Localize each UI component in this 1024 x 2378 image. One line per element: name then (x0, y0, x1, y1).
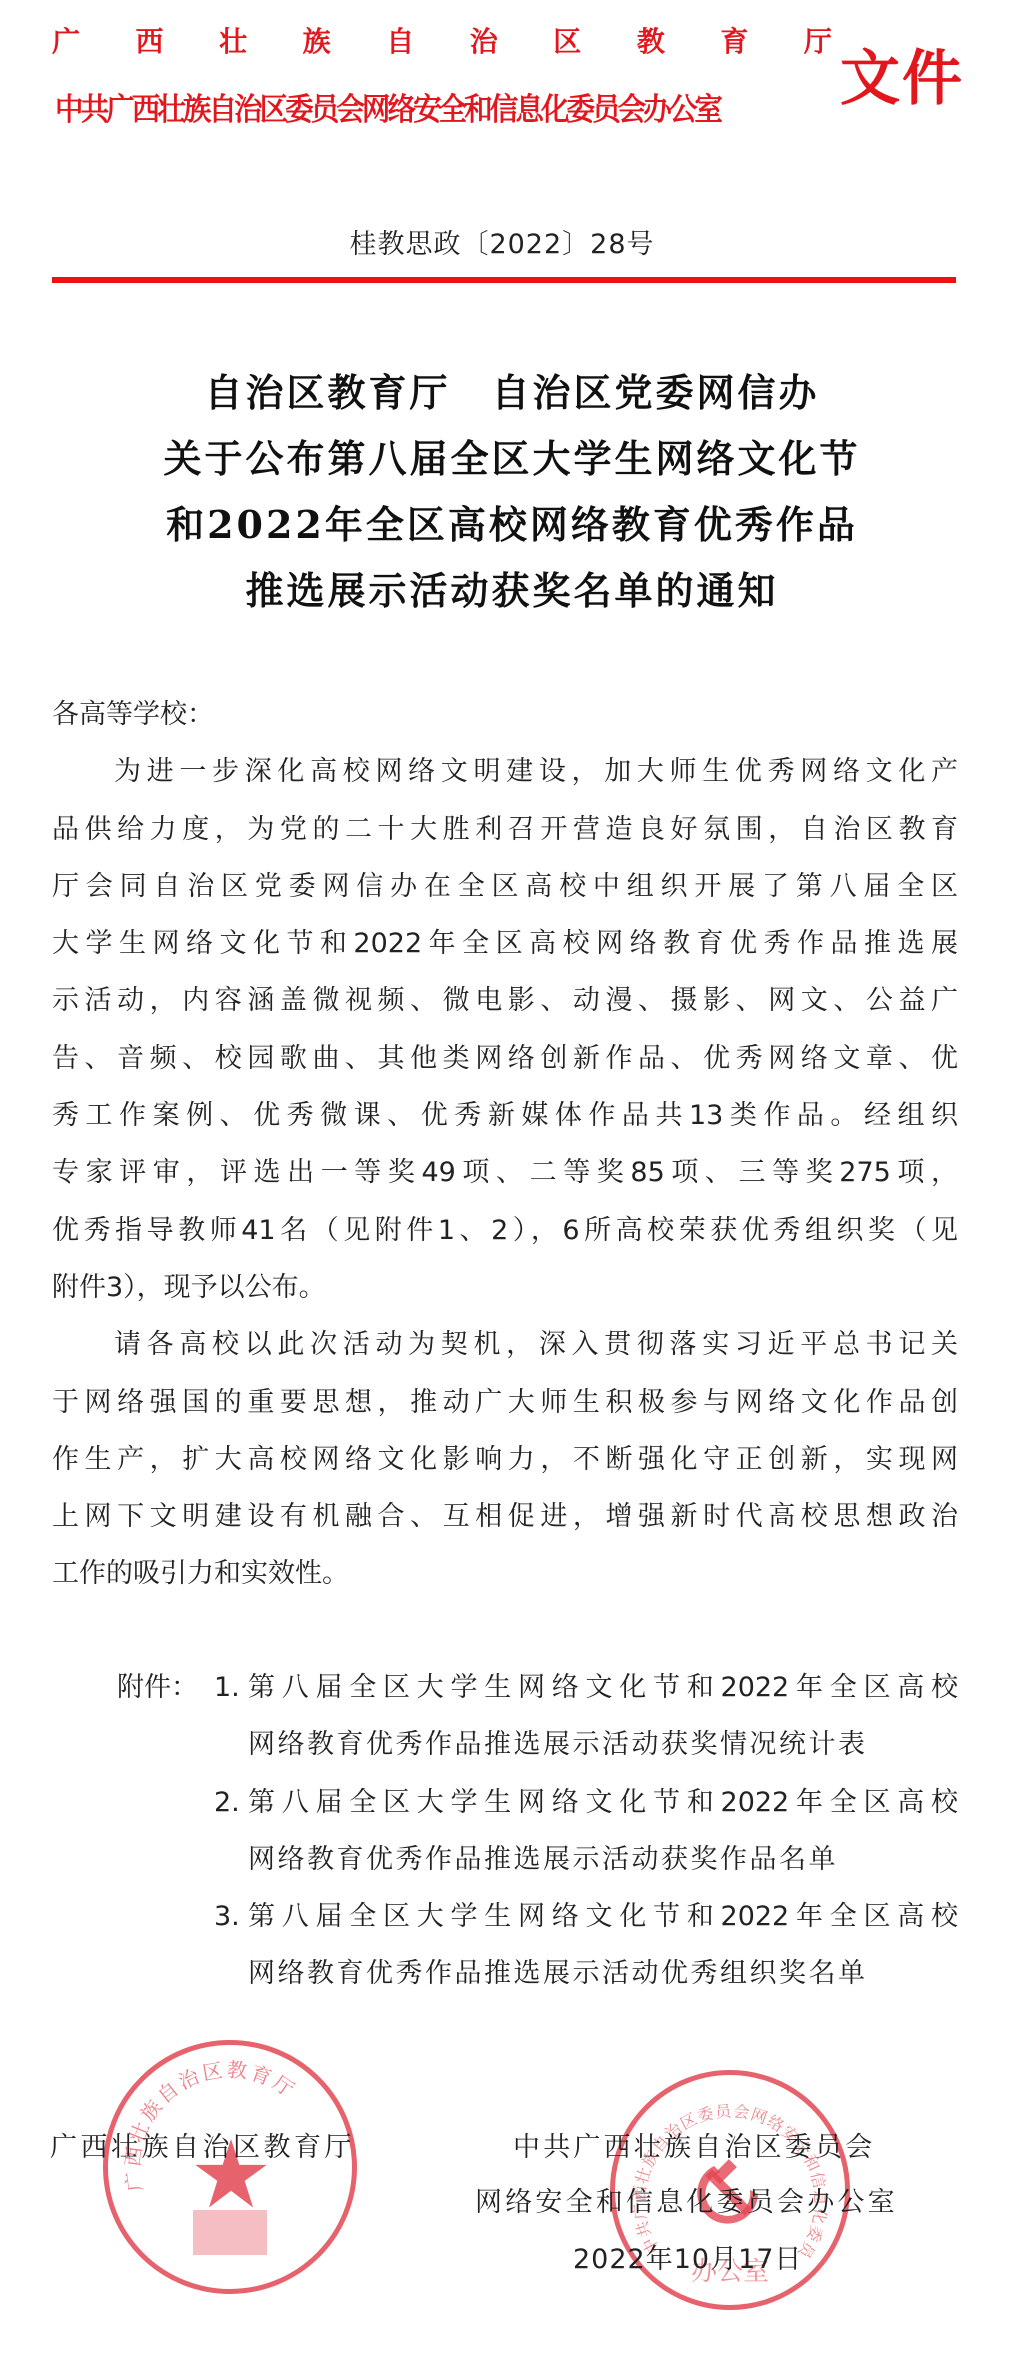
body-line: 附件3），现予以公布。 (52, 1259, 958, 1316)
attachment-title-cont: 网络教育优秀作品推选展示活动获奖作品名单 (248, 1831, 958, 1888)
body-line: 请各高校以此次活动为契机，深入贯彻落实习近平总书记关 (52, 1316, 958, 1373)
attachment-number: 1. (214, 1659, 240, 1716)
title-line: 和2022年全区高校网络教育优秀作品 (0, 492, 1024, 558)
attachment-item-1: 附件： 1. 第八届全区大学生网络文化节和2022年全区高校 (52, 1659, 958, 1716)
title-line: 推选展示活动获奖名单的通知 (0, 558, 1024, 624)
body-line: 告、音频、校园歌曲、其他类网络创新作品、优秀网络文章、优 (52, 1030, 958, 1087)
issuer-char: 广 (52, 22, 80, 62)
issuer-char: 族 (303, 22, 331, 62)
body-line: 品供给力度，为党的二十大胜利召开营造良好氛围，自治区教育 (52, 801, 958, 858)
document-type-label: 文件 (840, 44, 964, 114)
signature-cyberspace-office-line2: 网络安全和信息化委员会办公室 (475, 2186, 898, 2220)
body-line: 秀工作案例、优秀微课、优秀新媒体作品共13类作品。经组织 (52, 1087, 958, 1144)
issuer-education-department: 广 西 壮 族 自 治 区 教 育 厅 (52, 22, 832, 62)
attachment-title: 第八届全区大学生网络文化节和2022年全区高校 (248, 1659, 958, 1716)
issuer-char: 育 (720, 22, 748, 62)
document-title: 自治区教育厅 自治区党委网信办 关于公布第八届全区大学生网络文化节 和2022年… (0, 360, 1024, 624)
issuer-char: 厅 (804, 22, 832, 62)
body-line: 工作的吸引力和实效性。 (52, 1545, 958, 1602)
attachment-item-2-cont: 网络教育优秀作品推选展示活动获奖作品名单 (52, 1831, 958, 1888)
attachment-number: 2. (214, 1774, 240, 1831)
attachment-item-3-cont: 网络教育优秀作品推选展示活动优秀组织奖名单 (52, 1945, 958, 2002)
attachment-title-cont: 网络教育优秀作品推选展示活动优秀组织奖名单 (248, 1945, 958, 2002)
body-line: 示活动，内容涵盖微视频、微电影、动漫、摄影、网文、公益广 (52, 972, 958, 1029)
signature-cyberspace-office-line1: 中共广西壮族自治区委员会 (513, 2131, 875, 2165)
attachments-list: 附件： 1. 第八届全区大学生网络文化节和2022年全区高校 网络教育优秀作品推… (52, 1659, 958, 2003)
signature-education-department: 广西壮族自治区教育厅 (50, 2131, 355, 2165)
body-line: 于网络强国的重要思想，推动广大师生积极参与网络文化作品创 (52, 1374, 958, 1431)
attachment-number: 3. (214, 1888, 240, 1945)
issuer-char: 治 (470, 22, 498, 62)
document-body: 各高等学校： 为进一步深化高校网络文明建设，加大师生优秀网络文化产 品供给力度，… (52, 686, 958, 1603)
svg-text:广西壮族自治区教育厅: 广西壮族自治区教育厅 (120, 2057, 301, 2192)
body-line: 上网下文明建设有机融合、互相促进，增强新时代高校思想政治 (52, 1488, 958, 1545)
issuer-cyberspace-office: 中共广西壮族自治区委员会网络安全和信息化委员会办公室 (55, 90, 765, 130)
attachment-title: 第八届全区大学生网络文化节和2022年全区高校 (248, 1888, 958, 1945)
issuer-char: 壮 (219, 22, 247, 62)
svg-text:中共广西壮族自治区委员会网络安全和信息化委员会办公室: 中共广西壮族自治区委员会网络安全和信息化委员会办公室 (620, 2080, 830, 2263)
attachment-title-cont: 网络教育优秀作品推选展示活动获奖情况统计表 (248, 1716, 958, 1773)
issuer-char: 区 (553, 22, 581, 62)
attachment-item-1-cont: 网络教育优秀作品推选展示活动获奖情况统计表 (52, 1716, 958, 1773)
body-line: 厅会同自治区党委网信办在全区高校中组织开展了第八届全区 (52, 858, 958, 915)
issue-date: 2022年10月17日 (573, 2243, 802, 2277)
title-line: 自治区教育厅 自治区党委网信办 (0, 360, 1024, 426)
attachment-item-3: 3. 第八届全区大学生网络文化节和2022年全区高校 (52, 1888, 958, 1945)
issuer-char: 自 (386, 22, 414, 62)
header-divider (52, 277, 956, 283)
attachment-item-2: 2. 第八届全区大学生网络文化节和2022年全区高校 (52, 1774, 958, 1831)
salutation: 各高等学校： (52, 686, 958, 743)
title-line: 关于公布第八届全区大学生网络文化节 (0, 426, 1024, 492)
attachment-title: 第八届全区大学生网络文化节和2022年全区高校 (248, 1774, 958, 1831)
document-number: 桂教思政〔2022〕28号 (0, 228, 1004, 262)
body-line: 作生产，扩大高校网络文化影响力，不断强化守正创新，实现网 (52, 1431, 958, 1488)
seal-left-arc-text: 广西壮族自治区教育厅 (113, 2050, 347, 2284)
issuer-char: 西 (136, 22, 164, 62)
body-line: 专家评审，评选出一等奖49项、二等奖85项、三等奖275项， (52, 1144, 958, 1201)
attachments-label: 附件： (117, 1659, 198, 1716)
body-line: 为进一步深化高校网络文明建设，加大师生优秀网络文化产 (52, 743, 958, 800)
body-line: 优秀指导教师41名（见附件1、2），6所高校荣获优秀组织奖（见 (52, 1202, 958, 1259)
body-line: 大学生网络文化节和2022年全区高校网络教育优秀作品推选展 (52, 915, 958, 972)
issuer-char: 教 (637, 22, 665, 62)
